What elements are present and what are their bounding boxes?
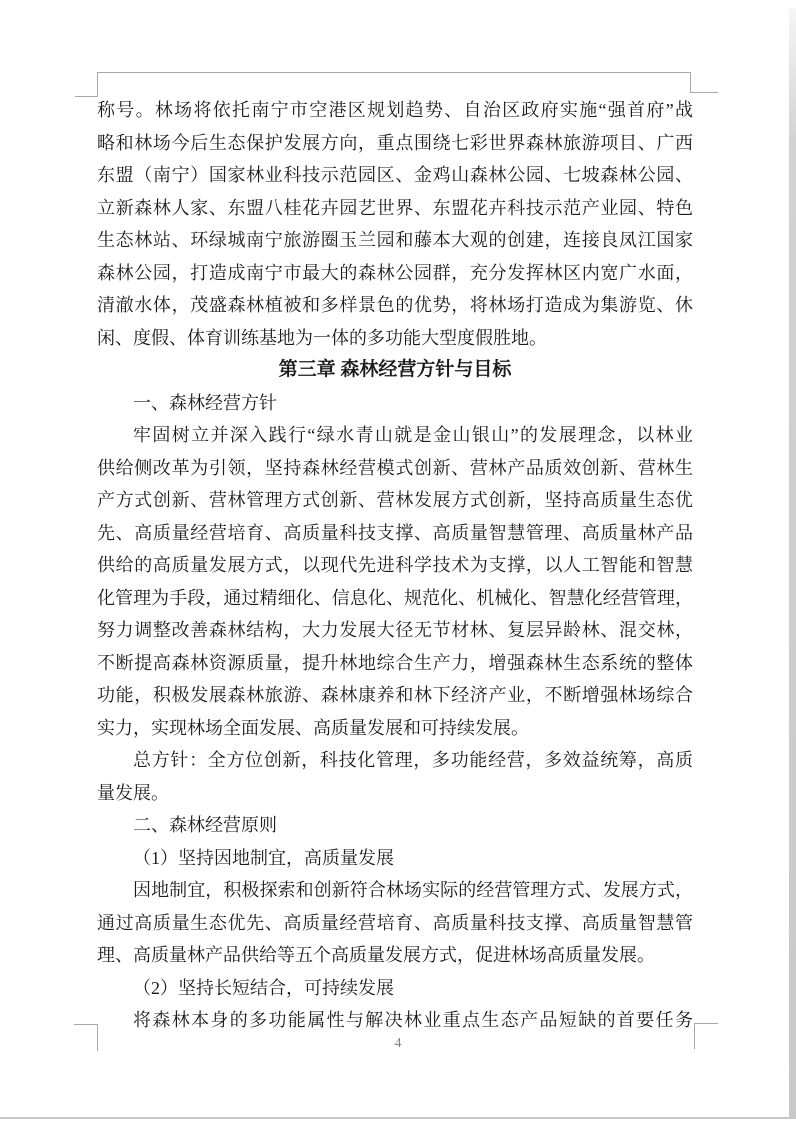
- text-boundary-corner-bottom-left-horizontal: [74, 1024, 98, 1025]
- text-line: 供给侧改革为引领，坚持森林经营模式创新、营林产品质效创新、营林生: [97, 452, 693, 485]
- page-edge-right: [789, 8, 796, 1118]
- text-line: 功能，积极发展森林旅游、森林康养和林下经济产业，不断增强林场综合: [97, 679, 693, 712]
- text-line: 因地制宜，积极探索和创新符合林场实际的经营管理方式、发展方式，: [97, 874, 693, 907]
- text-line: 立新森林人家、东盟八桂花卉园艺世界、东盟花卉科技示范产业园、特色: [97, 192, 693, 225]
- text-line: 量发展。: [97, 777, 693, 810]
- text-line: 不断提高森林资源质量，提升林地综合生产力，增强森林生态系统的整体: [97, 647, 693, 680]
- page-number: 4: [395, 1036, 402, 1051]
- text-line: 称号。林场将依托南宁市空港区规划趋势、自治区政府实施“强首府”战: [97, 94, 693, 127]
- text-line: 实力，实现林场全面发展、高质量发展和可持续发展。: [97, 712, 693, 745]
- text-boundary-corner-top-left-horizontal: [75, 96, 98, 97]
- chapter-heading: 第三章 森林经营方针与目标: [97, 354, 693, 387]
- text-boundary-corner-bottom-right-horizontal: [694, 1023, 718, 1024]
- page-content: 称号。林场将依托南宁市空港区规划趋势、自治区政府实施“强首府”战 略和林场今后生…: [97, 94, 693, 1037]
- principle-heading: （1）坚持因地制宜，高质量发展: [97, 842, 693, 875]
- text-boundary-corner-top-right-vertical: [690, 72, 691, 93]
- text-line: 努力调整改善森林结构，大力发展大径无节材林、复层异龄林、混交林，: [97, 614, 693, 647]
- principle-heading: （2）坚持长短结合，可持续发展: [97, 972, 693, 1005]
- page-footer: 4: [0, 1036, 796, 1052]
- text-line: 供给的高质量发展方式，以现代先进科学技术为支撑，以人工智能和智慧: [97, 549, 693, 582]
- page-edge-bottom: [0, 1117, 796, 1119]
- text-line: 闲、度假、体育训练基地为一体的多功能大型度假胜地。: [97, 322, 693, 355]
- text-line: 理、高质量林产品供给等五个高质量发展方式，促进林场高质量发展。: [97, 939, 693, 972]
- text-line: 将森林本身的多功能属性与解决林业重点生态产品短缺的首要任务: [97, 1004, 693, 1037]
- document-page: 称号。林场将依托南宁市空港区规划趋势、自治区政府实施“强首府”战 略和林场今后生…: [0, 0, 796, 1122]
- text-line: 总方针：全方位创新，科技化管理，多功能经营，多效益统筹，高质: [97, 744, 693, 777]
- text-boundary-top-line: [97, 72, 690, 73]
- text-boundary-corner-top-right-horizontal: [690, 92, 718, 93]
- text-line: 先、高质量经营培育、高质量科技支撑、高质量智慧管理、高质量林产品: [97, 517, 693, 550]
- text-line: 牢固树立并深入践行“绿水青山就是金山银山”的发展理念，以林业: [97, 419, 693, 452]
- text-line: 通过高质量生态优先、高质量经营培育、高质量科技支撑、高质量智慧管: [97, 907, 693, 940]
- text-line: 清澈水体，茂盛森林植被和多样景色的优势，将林场打造成为集游览、休: [97, 289, 693, 322]
- text-line: 略和林场今后生态保护发展方向，重点围绕七彩世界森林旅游项目、广西: [97, 127, 693, 160]
- text-line: 东盟（南宁）国家林业科技示范园区、金鸡山森林公园、七坡森林公园、: [97, 159, 693, 192]
- text-line: 化管理为手段，通过精细化、信息化、规范化、机械化、智慧化经营管理，: [97, 582, 693, 615]
- text-line: 产方式创新、营林管理方式创新、营林发展方式创新，坚持高质量生态优: [97, 484, 693, 517]
- section-heading: 一、森林经营方针: [97, 387, 693, 420]
- text-line: 生态林站、环绿城南宁旅游圈玉兰园和藤本大观的创建，连接良凤江国家: [97, 224, 693, 257]
- text-line: 森林公园，打造成南宁市最大的森林公园群，充分发挥林区内宽广水面，: [97, 257, 693, 290]
- section-heading: 二、森林经营原则: [97, 809, 693, 842]
